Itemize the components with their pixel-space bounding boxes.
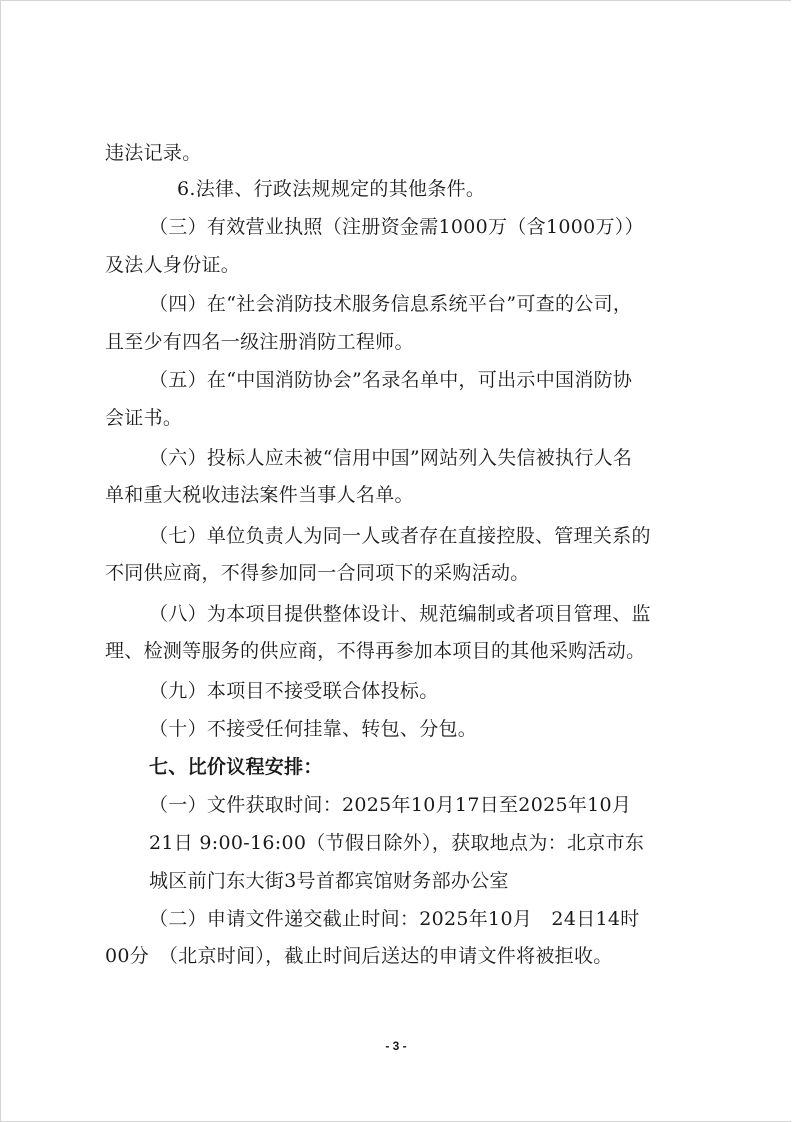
text-line: 不同供应商，不得参加同一合同项下的采购活动。: [105, 561, 530, 585]
text-line: 且至少有四名一级注册消防工程师。: [105, 330, 414, 354]
paragraph-8-conflict: （八）为本项目提供整体设计、规范编制或者项目管理、监: [149, 602, 651, 626]
paragraph-3-business-license: （三）有效营业执照（注册资金需1000万（含1000万））: [149, 215, 644, 239]
paragraph-5-fire-association: （五）在“中国消防协会”名录名单中，可出示中国消防协: [149, 368, 632, 392]
schedule-item-1: （一）文件获取时间：2025年10月17日至2025年10月: [149, 793, 631, 817]
text-line: 单和重大税收违法案件当事人名单。: [105, 483, 414, 507]
document-page: 违法记录。 6.法律、行政法规规定的其他条件。 （三）有效营业执照（注册资金需1…: [0, 0, 791, 1122]
paragraph-10-no-subcontract: （十）不接受任何挂靠、转包、分包。: [149, 717, 477, 741]
paragraph-4-fire-platform: （四）在“社会消防技术服务信息系统平台”可查的公司，: [149, 292, 632, 316]
paragraph-9-no-consortium: （九）本项目不接受联合体投标。: [149, 679, 439, 703]
text-line: 21日 9:00-16:00（节假日除外），获取地点为：北京市东: [149, 831, 644, 855]
section-heading-7: 七、比价议程安排：: [149, 755, 323, 779]
text-line: 理、检测等服务的供应商，不得再参加本项目的其他采购活动。: [105, 639, 645, 663]
text-line: 会证书。: [105, 406, 182, 430]
text-line: 城区前门东大街3号首都宾馆财务部办公室: [149, 869, 509, 893]
page-number: - 3 -: [1, 1039, 791, 1053]
text-line: 违法记录。: [105, 141, 202, 165]
paragraph-6-credit-china: （六）投标人应未被“信用中国”网站列入失信被执行人名: [149, 446, 632, 470]
text-line: 6.法律、行政法规规定的其他条件。: [177, 177, 485, 201]
paragraph-7-related-parties: （七）单位负责人为同一人或者存在直接控股、管理关系的: [149, 524, 651, 548]
text-line: 及法人身份证。: [105, 253, 240, 277]
text-line: 00分 （北京时间），截止时间后送达的申请文件将被拒收。: [105, 944, 613, 968]
schedule-item-2: （二）申请文件递交截止时间：2025年10月 24日14时: [149, 907, 640, 931]
